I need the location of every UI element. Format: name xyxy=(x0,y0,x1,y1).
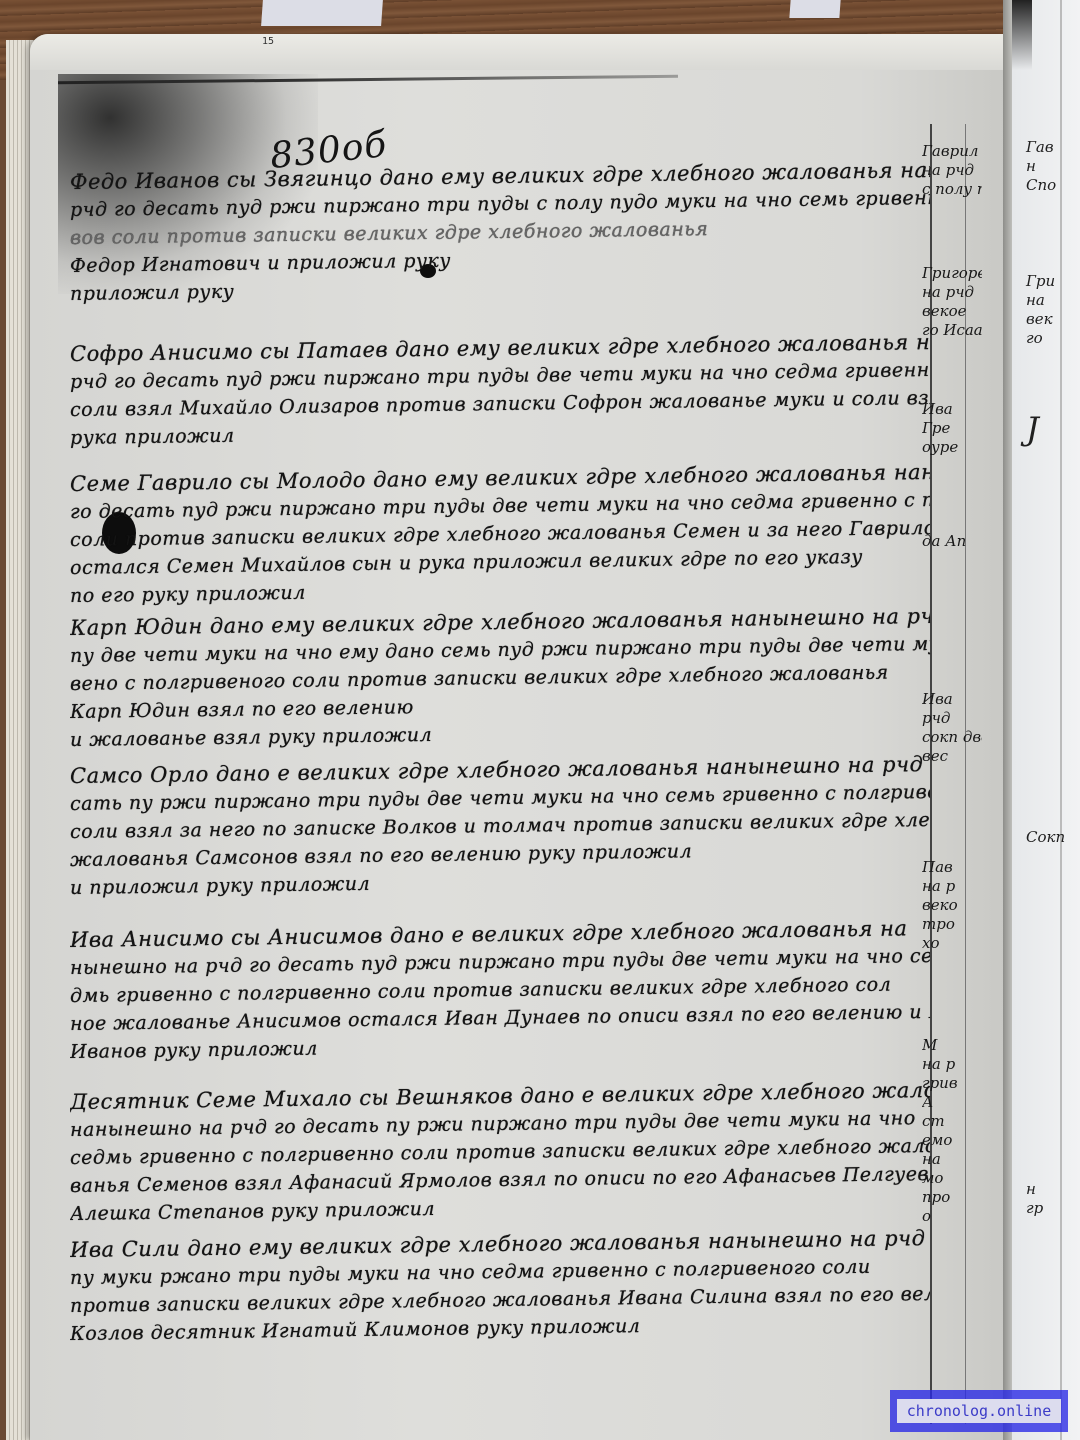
margin-note-line: хо xyxy=(922,934,982,953)
margin-note-line: Гри xyxy=(1026,272,1080,291)
paper-scrap xyxy=(789,0,840,18)
watermark-text: chronolog.online xyxy=(897,1399,1062,1423)
margin-note-line: на xyxy=(1026,291,1080,310)
margin-note-line: Гав xyxy=(1026,138,1080,157)
margin-note-line: Спо xyxy=(1026,176,1080,195)
margin-note-line: на рчд xyxy=(922,161,982,180)
manuscript-sheet: 15 830об Федо Иванов сы Звягинцо дано ем… xyxy=(30,34,1005,1440)
margin-note: да Ап xyxy=(922,532,982,551)
sheet-top-edge xyxy=(30,34,1005,70)
margin-note-line: оуре xyxy=(922,438,982,457)
margin-note-line: А xyxy=(922,1093,982,1112)
margin-note-line: Ива xyxy=(922,690,982,709)
margin-note-line: на р xyxy=(922,877,982,896)
margin-note-line: го Исаа xyxy=(922,321,982,340)
margin-note-line: рчд xyxy=(922,709,982,728)
margin-note-line: Пав xyxy=(922,858,982,877)
margin-note: Пав на р веко тро хо xyxy=(922,858,982,953)
margin-note-line: на рчд xyxy=(922,283,982,302)
entry-ivan-silin: Ива Сили дано ему великих гдре хлебного … xyxy=(70,1230,930,1342)
margin-note-line: мо xyxy=(922,1169,982,1188)
margin-note: Гаврил на рчд с полу пуд xyxy=(922,142,982,199)
margin-note: Ива Гре оуре xyxy=(922,400,982,457)
entry-semen-gavrilov: Семе Гаврило сы Молодо дано ему великих … xyxy=(70,464,930,604)
margin-note: М на р грив А ст емо на мо про о xyxy=(922,1036,982,1226)
margin-note-line: на р xyxy=(922,1055,982,1074)
adjacent-margin-note: Гри на век го xyxy=(1026,272,1080,348)
entry-karp-yudin: Карп Юдин дано ему великих гдре хлебного… xyxy=(70,608,930,748)
paper-scrap xyxy=(261,0,383,26)
margin-note-line: М xyxy=(922,1036,982,1055)
margin-note: Ива рчд сокп дво вес xyxy=(922,690,982,766)
margin-note-line: ст xyxy=(922,1112,982,1131)
margin-note-line: векое xyxy=(922,302,982,321)
entry-samson-orlov: Самсо Орло дано е великих гдре хлебного … xyxy=(70,756,930,896)
margin-note-line: да Ап xyxy=(922,532,982,551)
entry-ivan-anisimov: Ива Анисимо сы Анисимов дано е великих г… xyxy=(70,920,930,1060)
margin-note-line: емо xyxy=(922,1131,982,1150)
margin-note-line: тро xyxy=(922,915,982,934)
page-edge xyxy=(1060,0,1062,1440)
margin-note-line: Сокп xyxy=(1026,828,1080,847)
margin-note-line: вес xyxy=(922,747,982,766)
adjacent-page: Гав н Спо Гри на век го J Сокп н гр xyxy=(1012,0,1080,1440)
adjacent-margin-note: Сокп xyxy=(1026,828,1080,847)
entry-fedor-ivanov: Федо Иванов сы Звягинцо дано ему великих… xyxy=(70,162,930,302)
margin-note-line: с полу пуд xyxy=(922,180,982,199)
margin-note: Григорей на рчд векое го Исаа xyxy=(922,264,982,340)
margin-note-line: Ива xyxy=(922,400,982,419)
margin-note-line: грив xyxy=(922,1074,982,1093)
watermark: chronolog.online xyxy=(890,1390,1068,1432)
margin-note-line: на xyxy=(922,1150,982,1169)
margin-note-line: гр xyxy=(1026,1199,1080,1218)
margin-note-line: сокп дво xyxy=(922,728,982,747)
margin-note-line: век xyxy=(1026,310,1080,329)
margin-note-line: н xyxy=(1026,1180,1080,1199)
margin-note-line: н xyxy=(1026,157,1080,176)
adjacent-margin-note: J xyxy=(1026,420,1080,439)
margin-note-line: веко xyxy=(922,896,982,915)
margin-note-line: Гаврил xyxy=(922,142,982,161)
margin-note-line: о xyxy=(922,1207,982,1226)
adjacent-margin-note: н гр xyxy=(1026,1180,1080,1218)
adjacent-margin-note: Гав н Спо xyxy=(1026,138,1080,195)
margin-note-line: Гре xyxy=(922,419,982,438)
margin-note-line: про xyxy=(922,1188,982,1207)
entry-desyatnik-semen-mikhailov: Десятник Семе Михало сы Вешняков дано е … xyxy=(70,1082,930,1222)
margin-note-line: J xyxy=(1026,420,1080,439)
ink-smudge xyxy=(1012,0,1032,70)
header-mark: 15 xyxy=(262,36,274,47)
margin-note-line: го xyxy=(1026,329,1080,348)
entry-sofron-anisimov: Софро Анисимо сы Патаев дано ему великих… xyxy=(70,334,930,446)
margin-note-line: Григорей xyxy=(922,264,982,283)
